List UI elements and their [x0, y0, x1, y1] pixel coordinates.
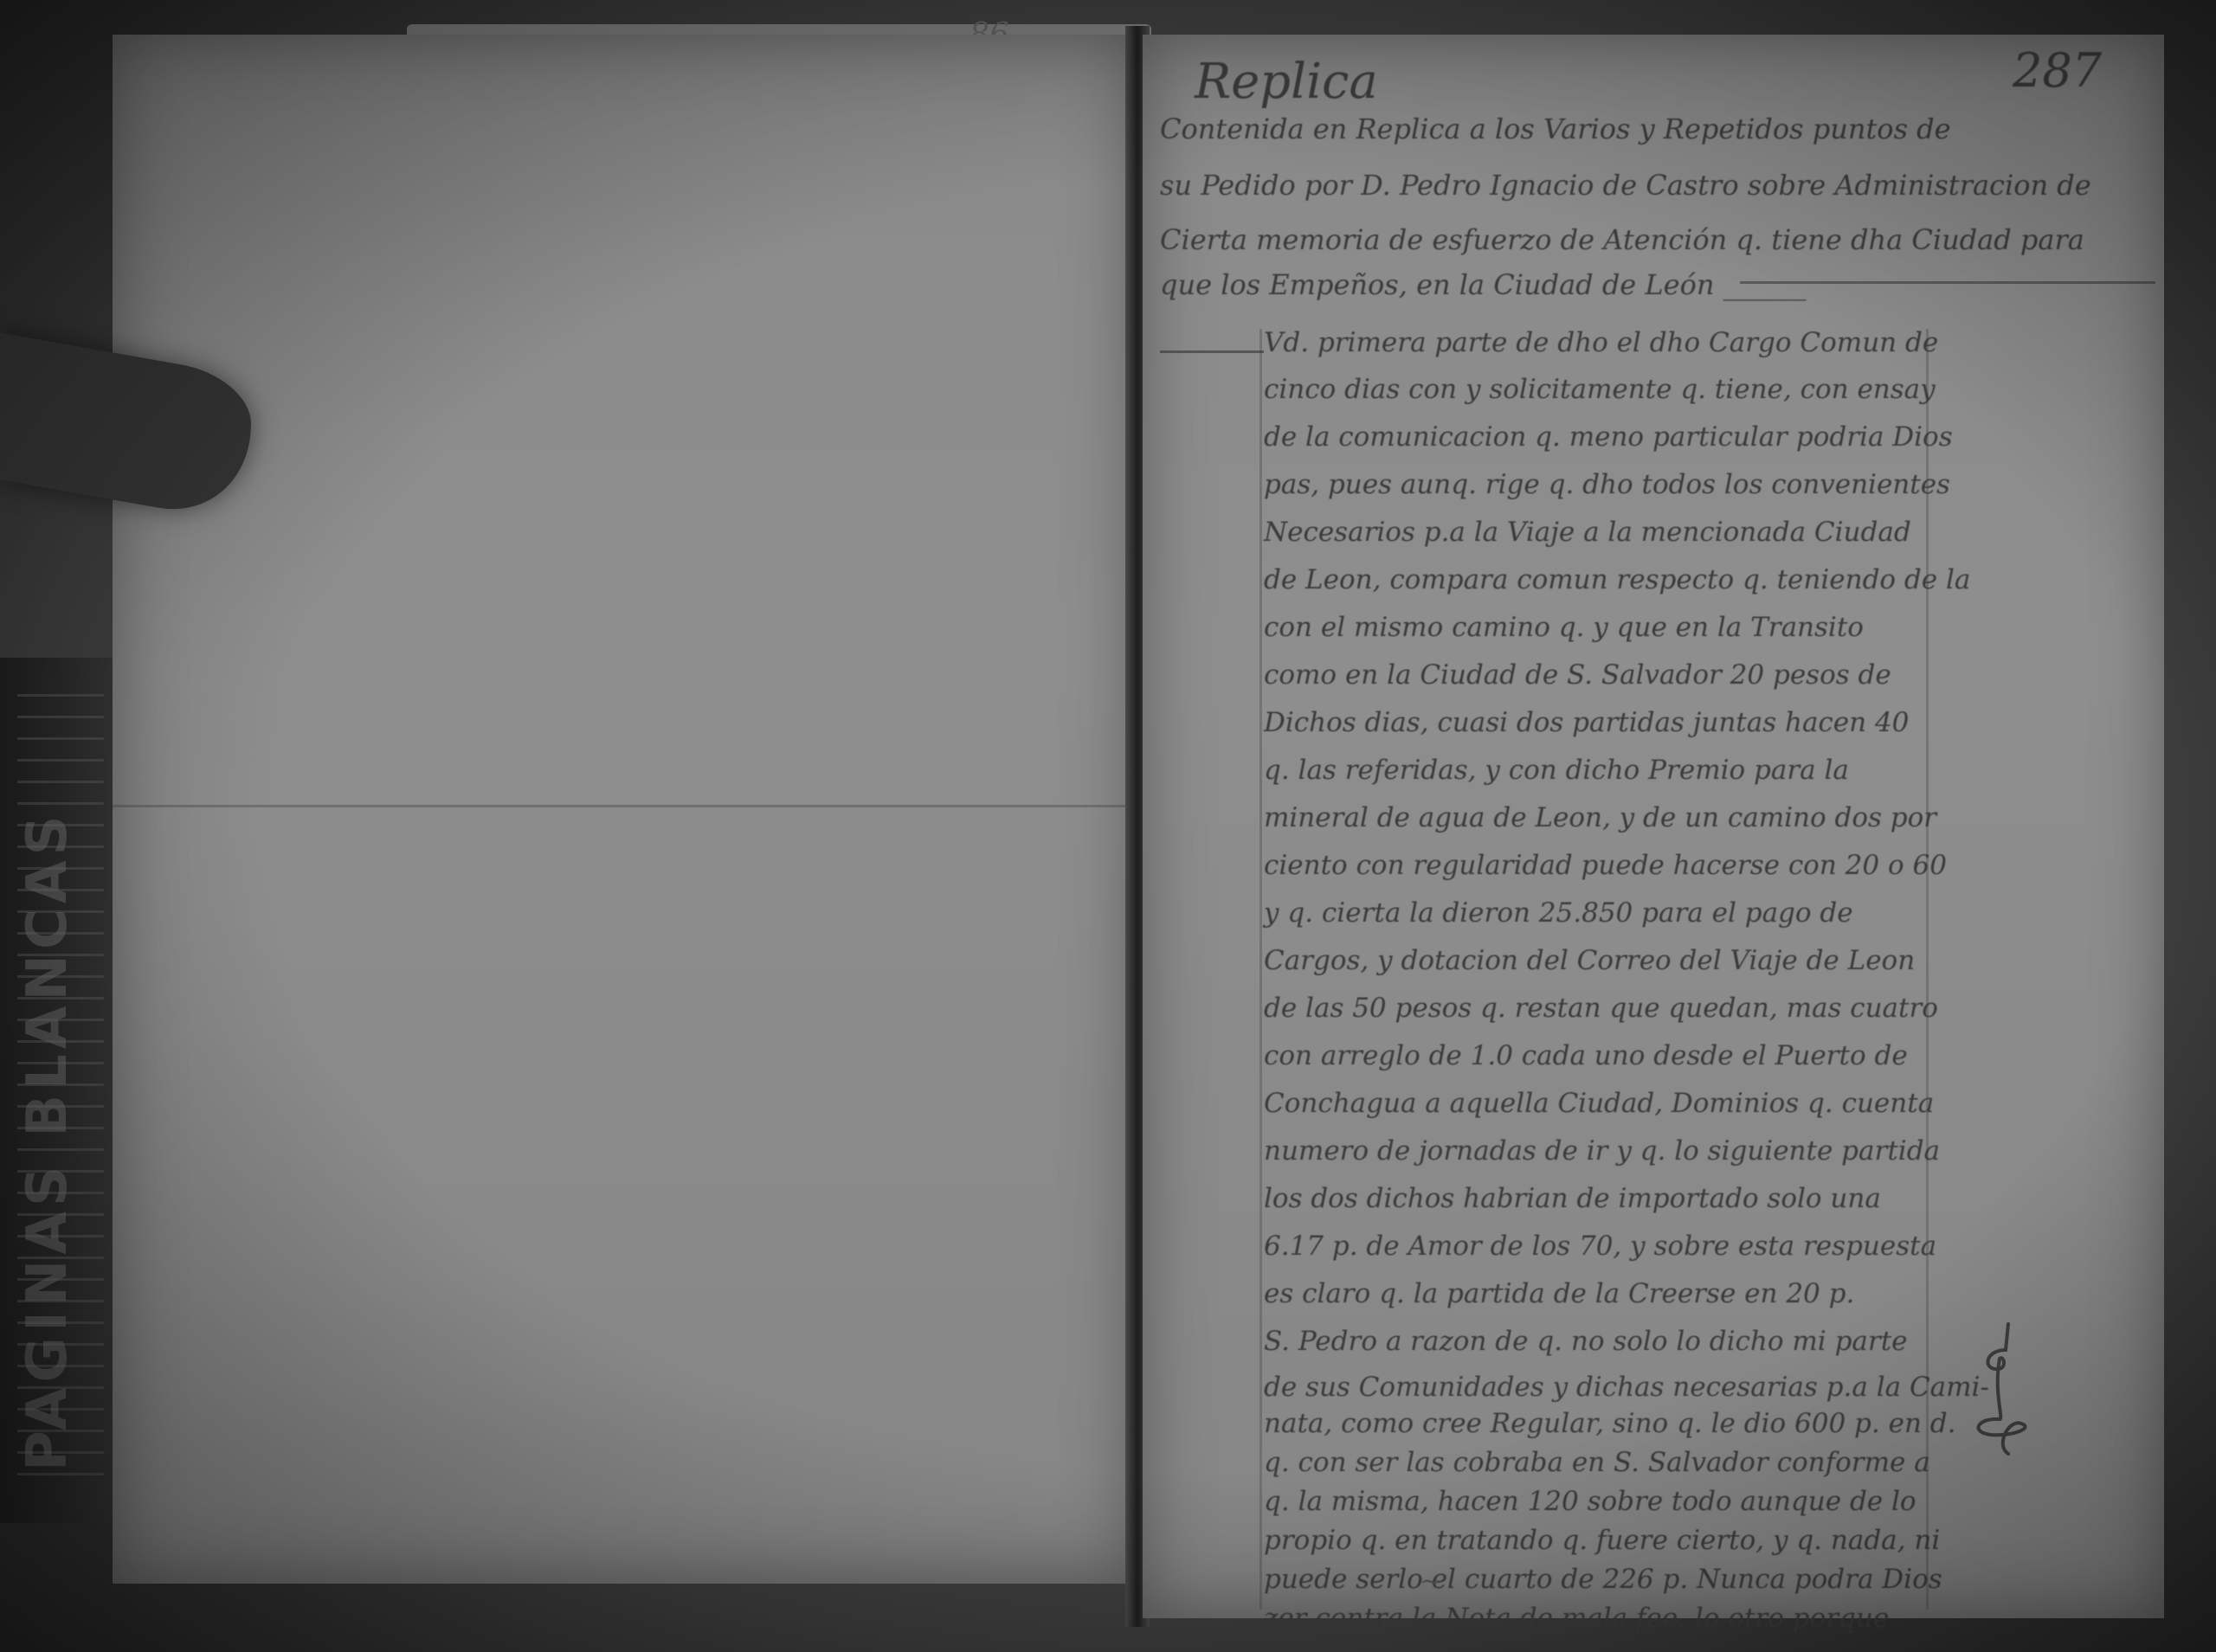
body-line: 6.17 p. de Amor de los 70, y sobre esta …	[1264, 1231, 1936, 1262]
body-line: y q. cierta la dieron 25.850 para el pag…	[1264, 897, 1853, 929]
intro-line: Contenida en Replica a los Varios y Repe…	[1160, 112, 1951, 145]
body-line: mineral de agua de Leon, y de un camino …	[1264, 802, 1936, 833]
body-line: cinco dias con y solicitamente q. tiene,…	[1264, 374, 1936, 405]
intro-line: que los Empeños, en la Ciudad de León __…	[1160, 268, 1807, 301]
body-line: de Leon, compara comun respecto q. tenie…	[1264, 564, 1970, 595]
intro-line: Cierta memoria de esfuerzo de Atención q…	[1160, 223, 2084, 256]
body-line: de la comunicacion q. meno particular po…	[1264, 421, 1953, 453]
body-line: Conchagua a aquella Ciudad, Dominios q. …	[1264, 1088, 1934, 1119]
left-page-blank	[113, 35, 1134, 1584]
body-line: numero de jornadas de ir y q. lo siguien…	[1264, 1135, 1940, 1167]
body-line: puede serlo el cuarto de 226 p. Nunca po…	[1264, 1564, 1942, 1595]
body-line: Cargos, y dotacion del Correo del Viaje …	[1264, 945, 1915, 976]
body-line: zer contra la Nota de mala fee, lo otro …	[1264, 1603, 1889, 1634]
body-line: ciento con regularidad puede hacerse con…	[1264, 850, 1947, 881]
folio-number: 287	[2013, 43, 2102, 98]
rubric-flourish-icon	[1961, 1315, 2047, 1462]
body-line: con arreglo de 1.0 cada uno desde el Pue…	[1264, 1040, 1908, 1071]
bottom-page-mark: ~	[1420, 1566, 1441, 1597]
left-page-fold-line	[113, 805, 1134, 807]
body-line: Necesarios p.a la Viaje a la mencionada …	[1264, 517, 1911, 548]
body-line: q. la misma, hacen 120 sobre todo aunque…	[1264, 1486, 1916, 1517]
body-line: q. con ser las cobraba en S. Salvador co…	[1264, 1447, 1930, 1478]
body-line: de las 50 pesos q. restan que quedan, ma…	[1264, 993, 1938, 1024]
body-line: es claro q. la partida de la Creerse en …	[1264, 1278, 1854, 1309]
body-line: de sus Comunidades y dichas necesarias p…	[1264, 1372, 1989, 1403]
body-line: nata, como cree Regular, sino q. le dio …	[1264, 1408, 1955, 1439]
spine-label: PAGINAS BLANCAS	[16, 710, 102, 1471]
body-line: con el mismo camino q. y que en la Trans…	[1264, 612, 1864, 643]
body-line: Dichos dias, cuasi dos partidas juntas h…	[1264, 707, 1909, 738]
intro-line: su Pedido por D. Pedro Ignacio de Castro…	[1160, 169, 2091, 202]
right-page-left-margin-rule	[1259, 329, 1262, 1610]
body-line: pas, pues aunq. rige q. dho todos los co…	[1264, 469, 1950, 500]
heading-replica: Replica	[1195, 54, 1378, 110]
body-line: los dos dichos habrian de importado solo…	[1264, 1183, 1881, 1214]
body-line: S. Pedro a razon de q. no solo lo dicho …	[1264, 1326, 1908, 1357]
right-page-header-rule	[1160, 350, 1264, 353]
body-line: como en la Ciudad de S. Salvador 20 peso…	[1264, 659, 1891, 691]
body-line: propio q. en tratando q. fuere cierto, y…	[1264, 1525, 1940, 1556]
body-line: q. las referidas, y con dicho Premio par…	[1264, 755, 1849, 786]
body-line: Vd. primera parte de dho el dho Cargo Co…	[1264, 327, 1938, 358]
